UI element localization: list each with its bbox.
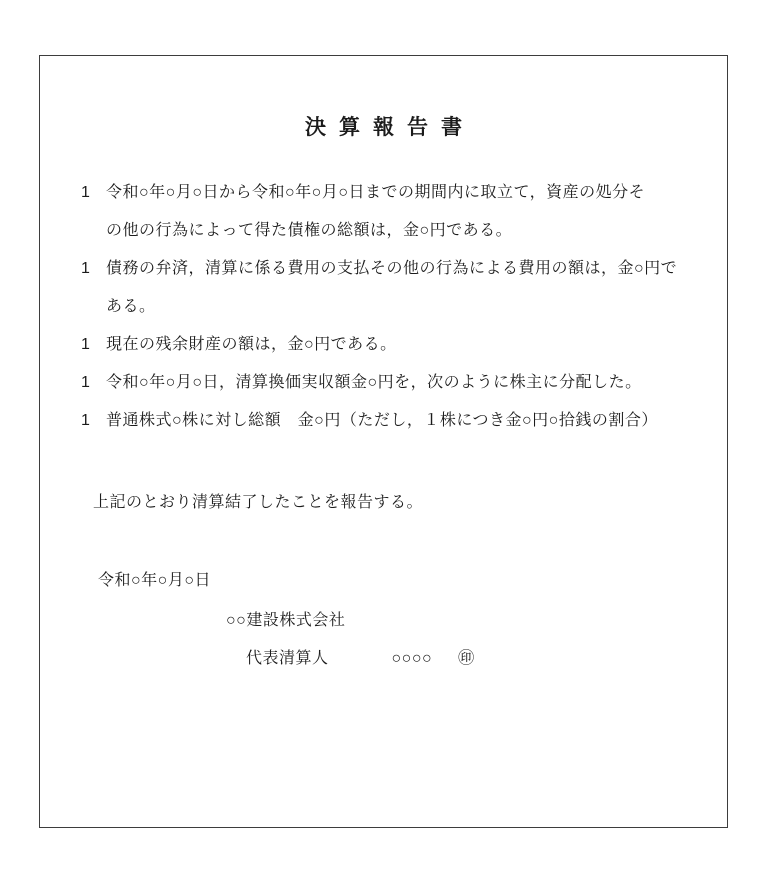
- report-item: 1普通株式○株に対し総額 金○円（ただし，１株につき金○円○拾銭の割合）: [40, 402, 719, 440]
- item-line: 債務の弁済，清算に係る費用の支払その他の行為による費用の額は，金○円で: [106, 250, 719, 288]
- report-item: 1令和○年○月○日から令和○年○月○日までの期間内に取立て，資産の処分その他の行…: [40, 174, 719, 250]
- item-line: 現在の残余財産の額は，金○円である。: [106, 326, 719, 364]
- item-number: 1: [81, 326, 90, 364]
- report-sheet-border: 決算報告書 1令和○年○月○日から令和○年○月○日までの期間内に取立て，資産の処…: [39, 55, 728, 828]
- report-item: 1債務の弁済，清算に係る費用の支払その他の行為による費用の額は，金○円である。: [40, 250, 719, 326]
- item-number: 1: [81, 402, 90, 440]
- representative-name: ○○○○: [392, 650, 433, 667]
- closing-statement: 上記のとおり清算結了したことを報告する。: [93, 484, 423, 522]
- date-line: 令和○年○月○日: [98, 562, 211, 600]
- report-item: 1令和○年○月○日，清算換価実収額金○円を，次のように株主に分配した。: [40, 364, 719, 402]
- item-number: 1: [81, 364, 90, 402]
- representative-row: 代表清算人○○○○㊞: [246, 640, 475, 678]
- item-line: 令和○年○月○日から令和○年○月○日までの期間内に取立て，資産の処分そ: [106, 174, 719, 212]
- item-line: ある。: [106, 288, 719, 326]
- items-list: 1令和○年○月○日から令和○年○月○日までの期間内に取立て，資産の処分その他の行…: [40, 174, 719, 440]
- document-title: 決算報告書: [40, 113, 727, 143]
- document-page: 決算報告書 1令和○年○月○日から令和○年○月○日までの期間内に取立て，資産の処…: [0, 0, 768, 890]
- item-line: の他の行為によって得た債権の総額は，金○円である。: [106, 212, 719, 250]
- item-line: 普通株式○株に対し総額 金○円（ただし，１株につき金○円○拾銭の割合）: [106, 402, 719, 440]
- item-number: 1: [81, 250, 90, 288]
- report-item: 1現在の残余財産の額は，金○円である。: [40, 326, 719, 364]
- representative-title: 代表清算人: [246, 650, 329, 667]
- company-name: ○○建設株式会社: [226, 602, 345, 640]
- item-line: 令和○年○月○日，清算換価実収額金○円を，次のように株主に分配した。: [106, 364, 719, 402]
- item-number: 1: [81, 174, 90, 212]
- seal-mark-icon: ㊞: [458, 650, 475, 667]
